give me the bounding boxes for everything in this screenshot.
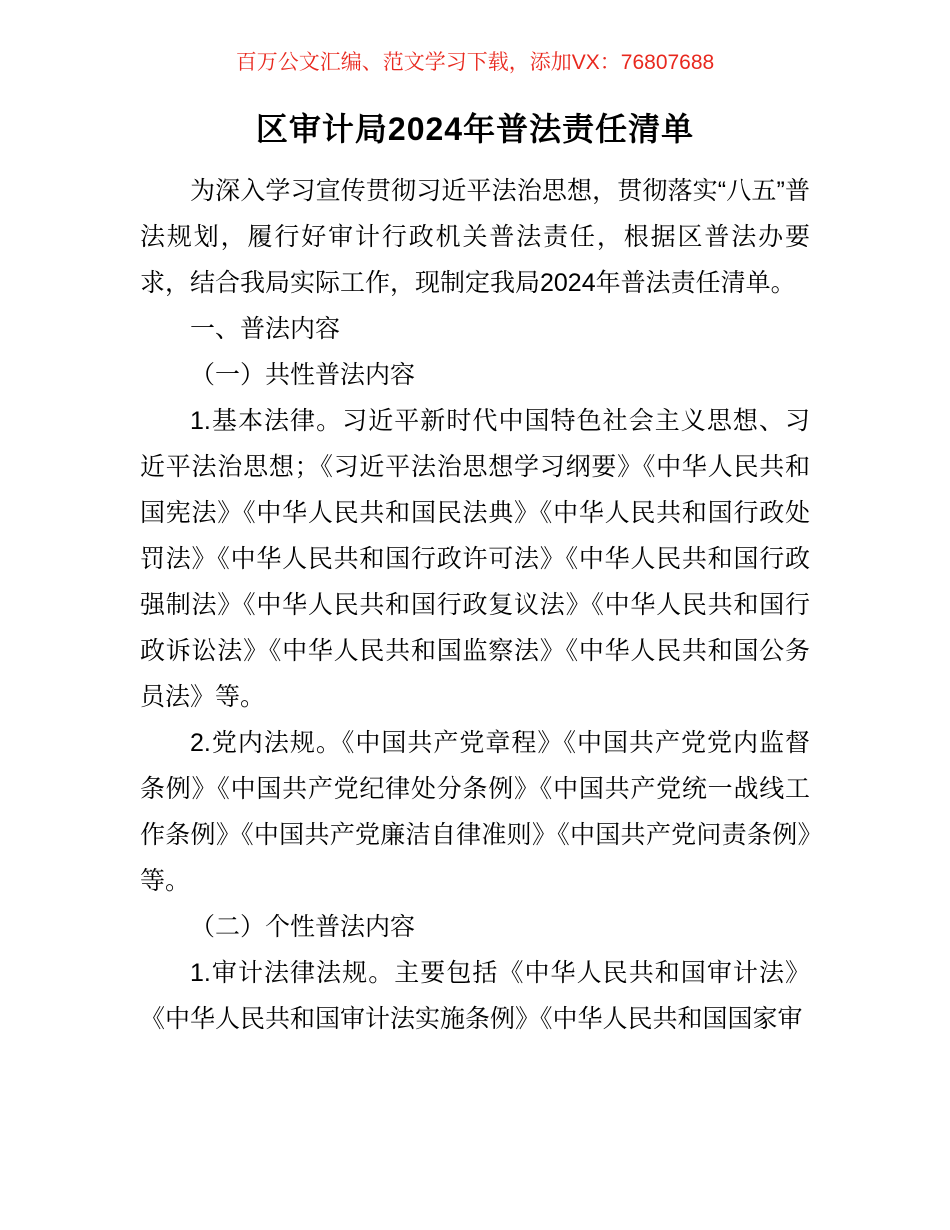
heading-subsection-1-2: （二）个性普法内容 <box>140 904 810 950</box>
watermark-notice: 百万公文汇编、范文学习下载，添加VX：76807688 <box>0 50 950 76</box>
paragraph-party-regulations: 2.党内法规。《中国共产党章程》《中国共产党党内监督条例》《中国共产党纪律处分条… <box>140 720 810 904</box>
document-title: 区审计局2024年普法责任清单 <box>0 106 950 152</box>
paragraph-basic-laws: 1.基本法律。习近平新时代中国特色社会主义思想、习近平法治思想；《习近平法治思想… <box>140 398 810 720</box>
document-page: 百万公文汇编、范文学习下载，添加VX：76807688 区审计局2024年普法责… <box>0 0 950 1230</box>
document-body: 为深入学习宣传贯彻习近平法治思想，贯彻落实“八五”普法规划，履行好审计行政机关普… <box>140 168 810 1042</box>
heading-section-1: 一、普法内容 <box>140 306 810 352</box>
heading-subsection-1-1: （一）共性普法内容 <box>140 352 810 398</box>
paragraph-audit-laws-truncated: 1.审计法律法规。主要包括《中华人民共和国审计法》《中华人民共和国审计法实施条例… <box>140 950 810 1042</box>
paragraph-intro: 为深入学习宣传贯彻习近平法治思想，贯彻落实“八五”普法规划，履行好审计行政机关普… <box>140 168 810 306</box>
